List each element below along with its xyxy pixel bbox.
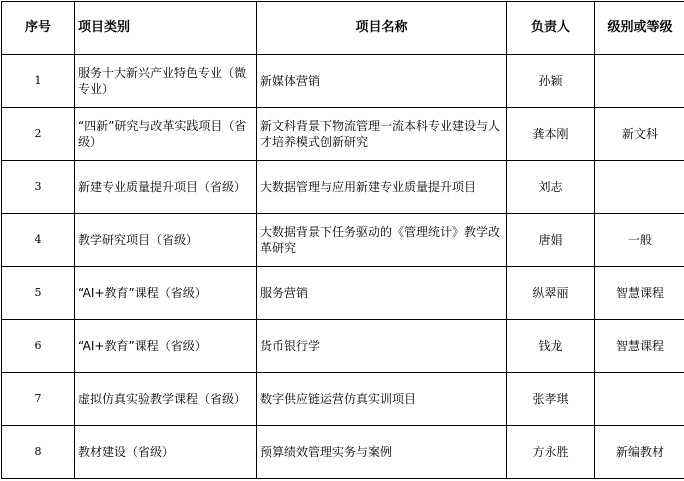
cell-leader: 张孝琪 bbox=[507, 373, 595, 426]
cell-level bbox=[595, 55, 684, 108]
table-row: 7 虚拟仿真实验教学课程（省级） 数字供应链运营仿真实训项目 张孝琪 bbox=[2, 373, 684, 426]
table-row: 4 教学研究项目（省级） 大数据背景下任务驱动的《管理统计》教学改革研究 唐娟 … bbox=[2, 214, 684, 267]
cell-level bbox=[595, 161, 684, 214]
table-row: 5 “AI+教育”课程（省级） 服务营销 纵翠丽 智慧课程 bbox=[2, 267, 684, 320]
cell-no: 5 bbox=[2, 267, 75, 320]
cell-no: 3 bbox=[2, 161, 75, 214]
cell-name: 预算绩效管理实务与案例 bbox=[257, 426, 507, 479]
header-category: 项目类别 bbox=[75, 2, 257, 55]
cell-name: 大数据背景下任务驱动的《管理统计》教学改革研究 bbox=[257, 214, 507, 267]
table-row: 3 新建专业质量提升项目（省级） 大数据管理与应用新建专业质量提升项目 刘志 bbox=[2, 161, 684, 214]
cell-leader: 纵翠丽 bbox=[507, 267, 595, 320]
cell-leader: 刘志 bbox=[507, 161, 595, 214]
cell-leader: 龚本刚 bbox=[507, 108, 595, 161]
cell-category: 教材建设（省级） bbox=[75, 426, 257, 479]
cell-level: 新文科 bbox=[595, 108, 684, 161]
cell-category: 新建专业质量提升项目（省级） bbox=[75, 161, 257, 214]
cell-category: “AI+教育”课程（省级） bbox=[75, 320, 257, 373]
cell-level: 智慧课程 bbox=[595, 320, 684, 373]
header-no: 序号 bbox=[2, 2, 75, 55]
header-level: 级别或等级 bbox=[595, 2, 684, 55]
cell-leader: 孙颖 bbox=[507, 55, 595, 108]
cell-no: 4 bbox=[2, 214, 75, 267]
cell-name: 新媒体营销 bbox=[257, 55, 507, 108]
cell-category: 虚拟仿真实验教学课程（省级） bbox=[75, 373, 257, 426]
cell-no: 1 bbox=[2, 55, 75, 108]
cell-name: 新文科背景下物流管理一流本科专业建设与人才培养模式创新研究 bbox=[257, 108, 507, 161]
table-row: 8 教材建设（省级） 预算绩效管理实务与案例 方永胜 新编教材 bbox=[2, 426, 684, 479]
project-table: 序号 项目类别 项目名称 负责人 级别或等级 1 服务十大新兴产业特色专业（微专… bbox=[1, 1, 684, 479]
cell-no: 6 bbox=[2, 320, 75, 373]
cell-level bbox=[595, 373, 684, 426]
cell-leader: 方永胜 bbox=[507, 426, 595, 479]
cell-leader: 唐娟 bbox=[507, 214, 595, 267]
cell-no: 2 bbox=[2, 108, 75, 161]
cell-name: 大数据管理与应用新建专业质量提升项目 bbox=[257, 161, 507, 214]
cell-level: 智慧课程 bbox=[595, 267, 684, 320]
cell-name: 数字供应链运营仿真实训项目 bbox=[257, 373, 507, 426]
cell-level: 一般 bbox=[595, 214, 684, 267]
cell-no: 7 bbox=[2, 373, 75, 426]
cell-leader: 钱龙 bbox=[507, 320, 595, 373]
table-row: 6 “AI+教育”课程（省级） 货币银行学 钱龙 智慧课程 bbox=[2, 320, 684, 373]
table-row: 1 服务十大新兴产业特色专业（微专业） 新媒体营销 孙颖 bbox=[2, 55, 684, 108]
header-leader: 负责人 bbox=[507, 2, 595, 55]
cell-name: 服务营销 bbox=[257, 267, 507, 320]
cell-category: “AI+教育”课程（省级） bbox=[75, 267, 257, 320]
cell-category: 教学研究项目（省级） bbox=[75, 214, 257, 267]
cell-name: 货币银行学 bbox=[257, 320, 507, 373]
header-name: 项目名称 bbox=[257, 2, 507, 55]
cell-no: 8 bbox=[2, 426, 75, 479]
cell-category: 服务十大新兴产业特色专业（微专业） bbox=[75, 55, 257, 108]
table-row: 2 “四新”研究与改革实践项目（省级） 新文科背景下物流管理一流本科专业建设与人… bbox=[2, 108, 684, 161]
cell-level: 新编教材 bbox=[595, 426, 684, 479]
cell-category: “四新”研究与改革实践项目（省级） bbox=[75, 108, 257, 161]
header-row: 序号 项目类别 项目名称 负责人 级别或等级 bbox=[2, 2, 684, 55]
